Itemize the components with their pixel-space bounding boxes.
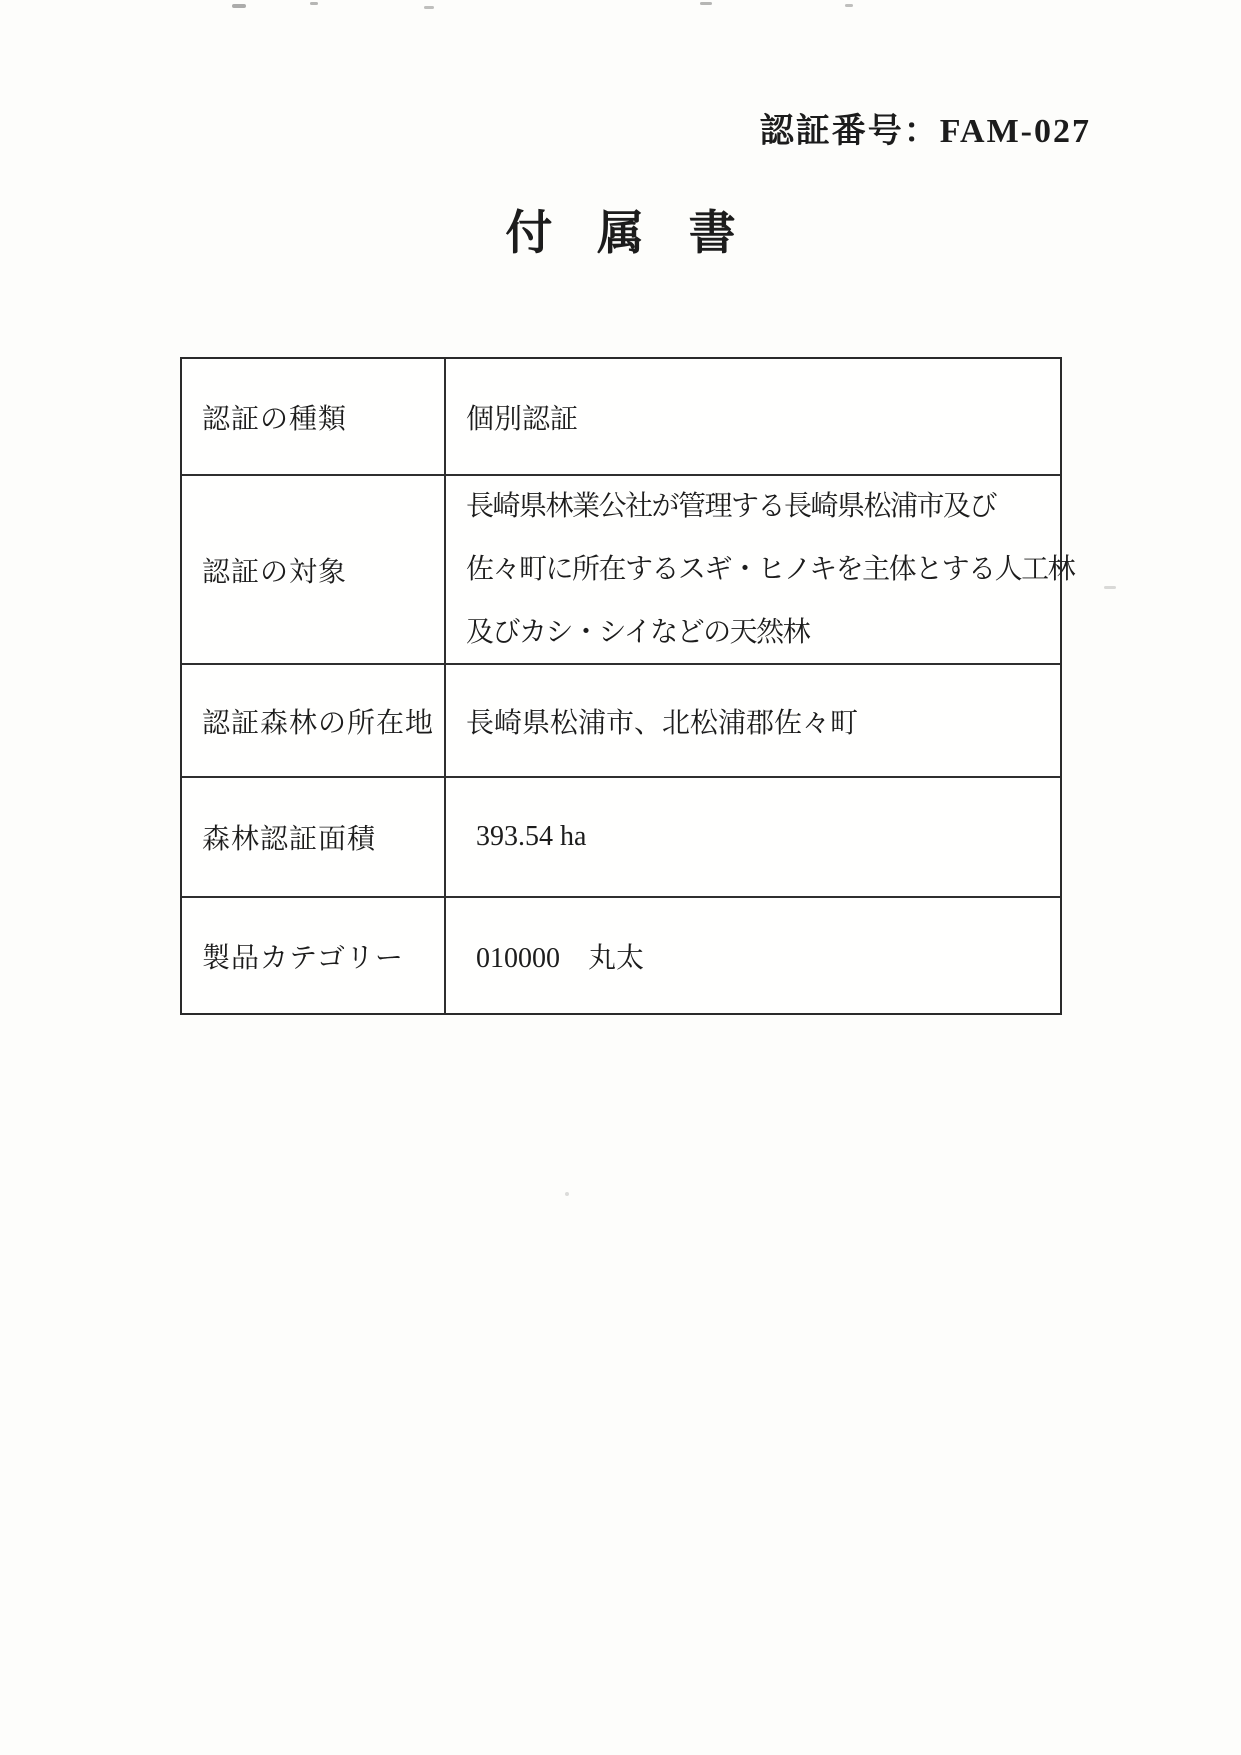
- table-row-certification-subject: 認証の対象 長崎県林業公社が管理する長崎県松浦市及び 佐々町に所在するスギ・ヒノ…: [182, 474, 1060, 663]
- row-label: 製品カテゴリー: [182, 898, 446, 1013]
- table-row-forest-location: 認証森林の所在地 長崎県松浦市、北松浦郡佐々町: [182, 663, 1060, 776]
- row-value-line: 佐々町に所在するスギ・ヒノキを主体とする人工林: [466, 538, 1074, 601]
- row-label: 認証の種類: [182, 359, 446, 474]
- row-value: 010000 丸太: [446, 898, 1060, 1013]
- certification-number: 認証番号：FAM-027: [760, 103, 1091, 152]
- row-value-multiline: 長崎県林業公社が管理する長崎県松浦市及び 佐々町に所在するスギ・ヒノキを主体とす…: [466, 475, 1074, 664]
- row-value: 393.54 ha: [446, 778, 1060, 896]
- scan-artifact: [700, 2, 712, 5]
- scanned-document-page: 認証番号：FAM-027 付属書 認証の種類 個別認証 認証の対象 長崎県林業公…: [0, 0, 1241, 1755]
- row-label: 認証の対象: [182, 476, 446, 663]
- row-value-line: 及びカシ・シイなどの天然林: [466, 601, 1074, 664]
- scan-artifact: [310, 2, 318, 5]
- row-label: 認証森林の所在地: [182, 665, 446, 776]
- row-value-line: 長崎県林業公社が管理する長崎県松浦市及び: [466, 475, 1074, 538]
- table-row-certified-area: 森林認証面積 393.54 ha: [182, 776, 1060, 896]
- scan-artifact: [232, 4, 246, 8]
- certification-info-table: 認証の種類 個別認証 認証の対象 長崎県林業公社が管理する長崎県松浦市及び 佐々…: [180, 357, 1062, 1015]
- scan-artifact: [845, 4, 853, 7]
- row-value: 長崎県松浦市、北松浦郡佐々町: [446, 665, 1060, 776]
- table-row-certification-type: 認証の種類 個別認証: [182, 359, 1060, 474]
- row-value: 個別認証: [446, 359, 1060, 474]
- table-row-product-category: 製品カテゴリー 010000 丸太: [182, 896, 1060, 1013]
- scan-artifact: [565, 1192, 569, 1196]
- row-value: 長崎県林業公社が管理する長崎県松浦市及び 佐々町に所在するスギ・ヒノキを主体とす…: [446, 476, 1074, 663]
- document-title: 付属書: [0, 196, 1241, 263]
- scan-artifact: [424, 6, 434, 9]
- row-label: 森林認証面積: [182, 778, 446, 896]
- scan-artifact: [1104, 586, 1116, 589]
